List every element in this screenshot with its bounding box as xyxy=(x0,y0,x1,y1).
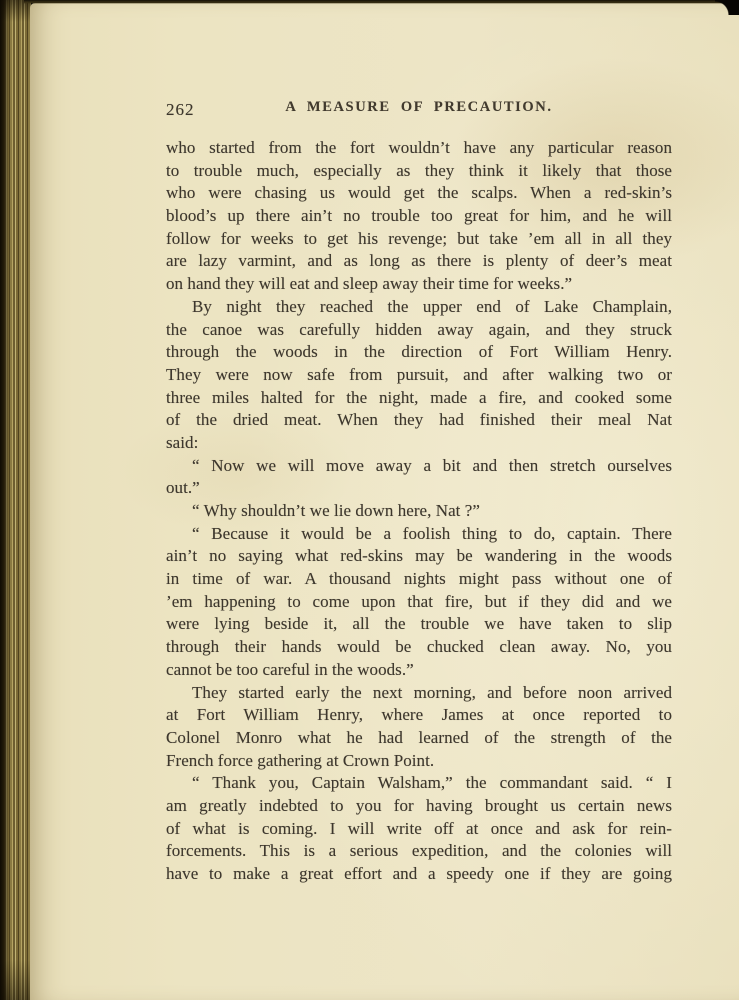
text-line: three miles halted for the night, made a… xyxy=(166,387,672,410)
text-line: “ Because it would be a foolish thing to… xyxy=(166,523,672,546)
photo-corner-top-right xyxy=(715,0,739,15)
book-page: 262 A MEASURE OF PRECAUTION. who started… xyxy=(30,3,739,1000)
text-line: forcements. This is a serious expedition… xyxy=(166,840,672,863)
page-header: 262 A MEASURE OF PRECAUTION. xyxy=(166,99,672,121)
text-line: in time of war. A thousand nights might … xyxy=(166,568,672,591)
text-line: have to make a great effort and a speedy… xyxy=(166,863,672,886)
text-line: on hand they will eat and sleep away the… xyxy=(166,273,672,296)
text-line: By night they reached the upper end of L… xyxy=(166,296,672,319)
text-line: through their hands would be chucked cle… xyxy=(166,636,672,659)
text-line: They started early the next morning, and… xyxy=(166,682,672,705)
text-line: are lazy varmint, and as long as there i… xyxy=(166,250,672,273)
text-line: who started from the fort wouldn’t have … xyxy=(166,137,672,160)
text-line: said: xyxy=(166,432,672,455)
text-line: French force gathering at Crown Point. xyxy=(166,750,672,773)
page-number: 262 xyxy=(166,100,195,120)
text-line: to trouble much, especially as they thin… xyxy=(166,160,672,183)
text-line: am greatly indebted to you for having br… xyxy=(166,795,672,818)
text-line: ’em happening to come upon that fire, bu… xyxy=(166,591,672,614)
text-line: of the dried meat. When they had finishe… xyxy=(166,409,672,432)
text-line: cannot be too careful in the woods.” xyxy=(166,659,672,682)
text-line: through the woods in the direction of Fo… xyxy=(166,341,672,364)
text-line: “ Why shouldn’t we lie down here, Nat ?” xyxy=(166,500,672,523)
text-line: out.” xyxy=(166,477,672,500)
text-line: follow for weeks to get his revenge; but… xyxy=(166,228,672,251)
text-line: were lying beside it, all the trouble we… xyxy=(166,613,672,636)
text-line: the canoe was carefully hidden away agai… xyxy=(166,319,672,342)
text-line: “ Now we will move away a bit and then s… xyxy=(166,455,672,478)
text-line: blood’s up there ain’t no trouble too gr… xyxy=(166,205,672,228)
text-line: They were now safe from pursuit, and aft… xyxy=(166,364,672,387)
text-line: of what is coming. I will write off at o… xyxy=(166,818,672,841)
text-line: Colonel Monro what he had learned of the… xyxy=(166,727,672,750)
text-line: ain’t no saying what red-skins may be wa… xyxy=(166,545,672,568)
body-text-block: who started from the fort wouldn’t have … xyxy=(166,137,672,886)
text-line: at Fort William Henry, where James at on… xyxy=(166,704,672,727)
running-header: A MEASURE OF PRECAUTION. xyxy=(166,99,672,116)
book-page-edges xyxy=(0,0,31,1000)
text-line: “ Thank you, Captain Walsham,” the comma… xyxy=(166,772,672,795)
book-photo-scene: 262 A MEASURE OF PRECAUTION. who started… xyxy=(0,0,739,1000)
text-line: who were chasing us would get the scalps… xyxy=(166,182,672,205)
page-stack-top-edge xyxy=(24,0,739,4)
